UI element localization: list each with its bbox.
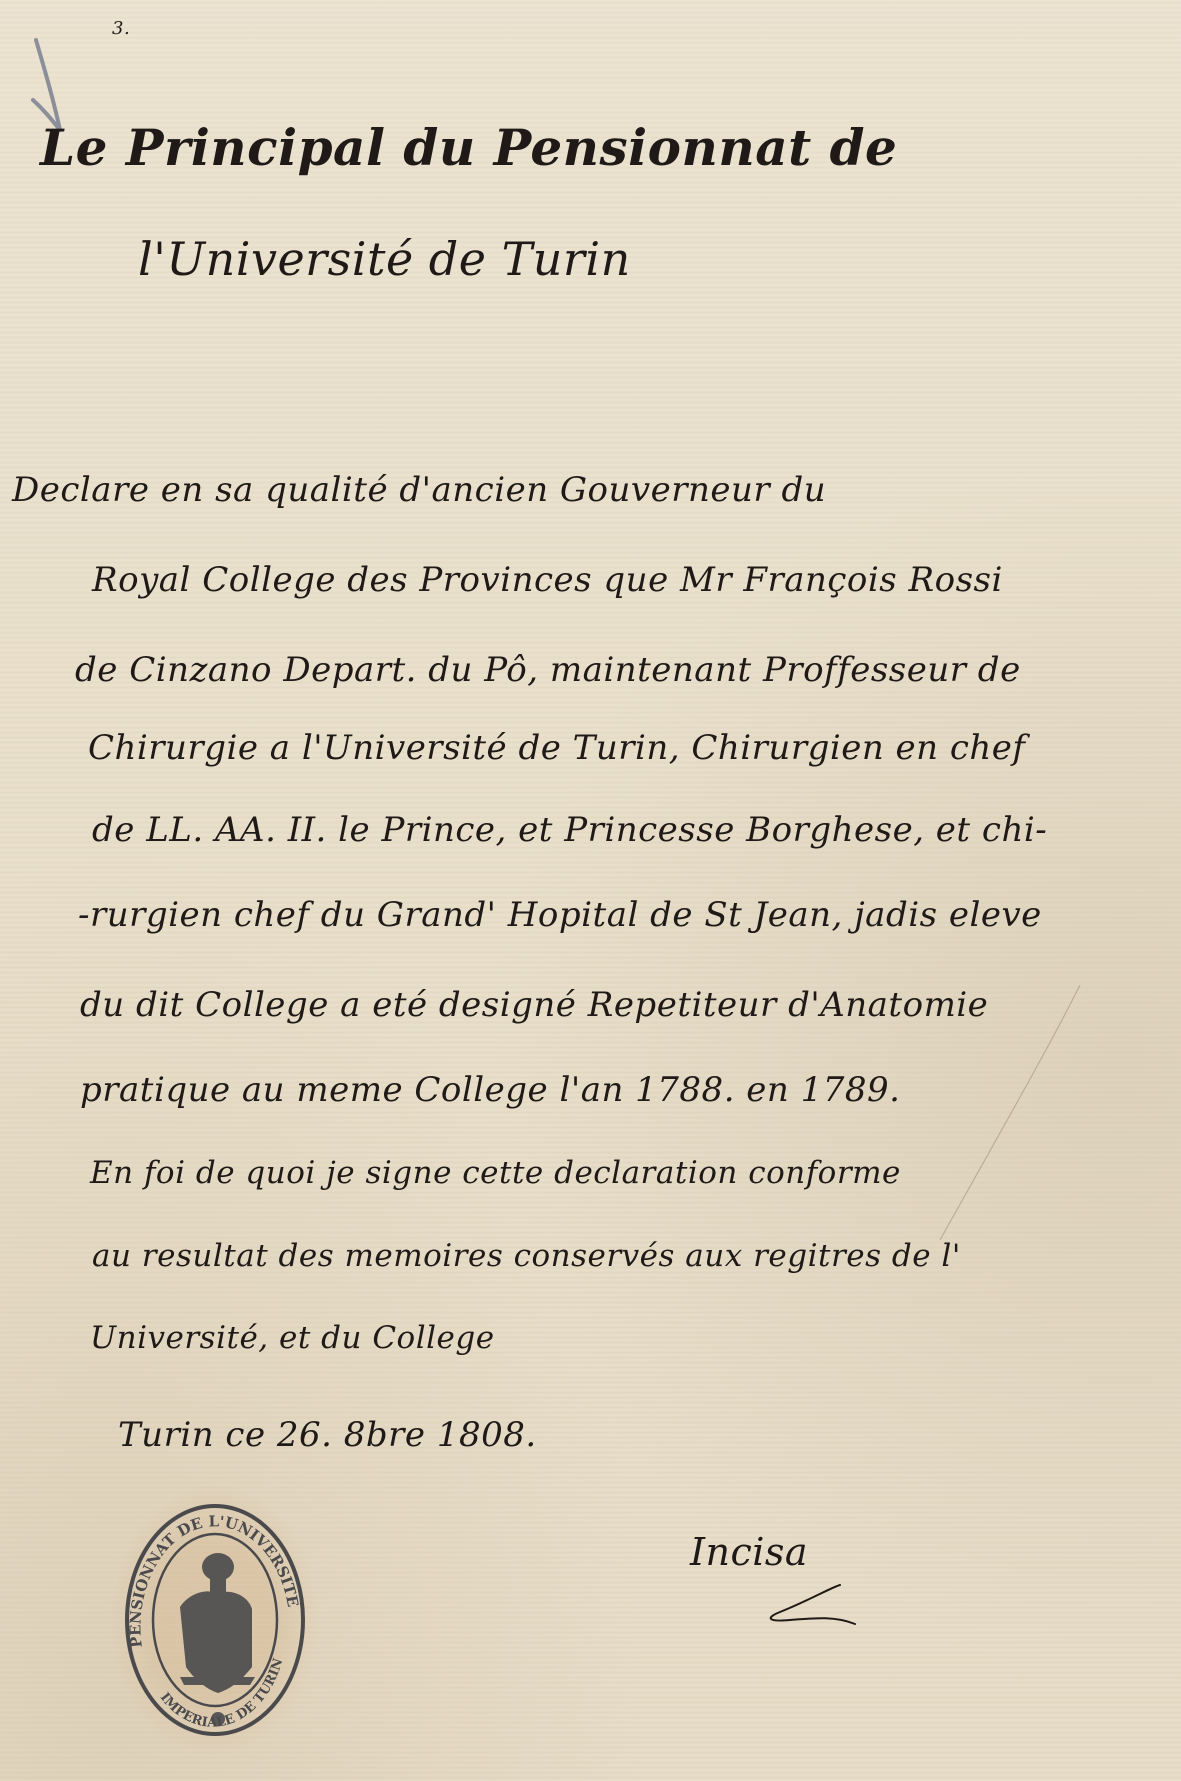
body-line: Chirurgie a l'Université de Turin, Chiru… (88, 728, 1026, 768)
body-line: du dit College a eté designé Repetiteur … (80, 985, 988, 1025)
body-line: pratique au meme College l'an 1788. en 1… (80, 1070, 900, 1110)
body-line: de Cinzano Depart. du Pô, maintenant Pro… (75, 650, 1021, 690)
page-number: 3. (112, 18, 130, 39)
signature: Incisa (690, 1530, 808, 1574)
heading-line-2: l'Université de Turin (138, 232, 631, 286)
manuscript-page: 3. Le Principal du Pensionnat de l'Unive… (0, 0, 1181, 1781)
body-line: au resultat des memoires conservés aux r… (92, 1238, 961, 1274)
body-line: En foi de quoi je signe cette declaratio… (90, 1155, 901, 1191)
body-line: -rurgien chef du Grand' Hopital de St Je… (78, 895, 1042, 935)
signature-flourish-icon (740, 1580, 860, 1625)
university-seal: PENSIONNAT DE L'UNIVERSITE IMPERIALE DE … (112, 1485, 317, 1755)
paper-crease (900, 985, 1100, 1245)
dateline: Turin ce 26. 8bre 1808. (118, 1415, 537, 1455)
body-line: Declare en sa qualité d'ancien Gouverneu… (12, 470, 826, 510)
body-line: Université, et du College (90, 1320, 495, 1356)
body-line: de LL. AA. II. le Prince, et Princesse B… (92, 810, 1047, 850)
body-line: Royal College des Provinces que Mr Franç… (92, 560, 1003, 600)
heading-line-1: Le Principal du Pensionnat de (40, 118, 897, 177)
